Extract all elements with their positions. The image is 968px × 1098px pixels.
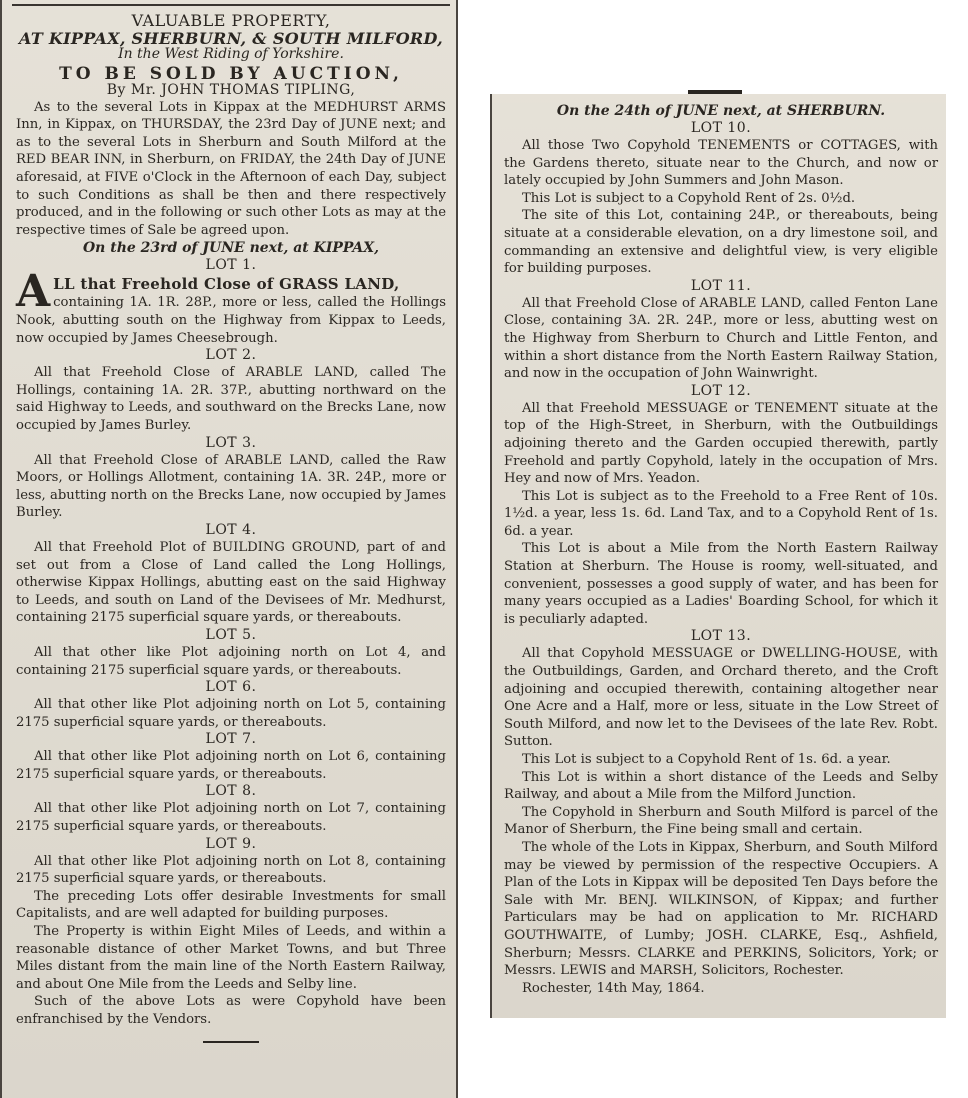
lot-text: All that Freehold MESSUAGE or TENEMENT s… bbox=[504, 400, 938, 488]
lot-1-description: A LL that Freehold Close of GRASS LAND, … bbox=[16, 274, 446, 347]
lot-label: LOT 11. bbox=[504, 278, 938, 295]
lot-list-kippax: LOT 2. All that Freehold Close of ARABLE… bbox=[16, 347, 446, 888]
lot-text: All that Freehold Plot of BUILDING GROUN… bbox=[16, 539, 446, 627]
lot-text: This Lot is subject to a Copyhold Rent o… bbox=[504, 751, 938, 769]
lot-label: LOT 1. bbox=[16, 257, 446, 274]
closing-paragraph: The Property is within Eight Miles of Le… bbox=[16, 923, 446, 993]
lot-1-text: containing 1A. 1R. 28P., more or less, c… bbox=[16, 294, 446, 347]
lot-text: All that other like Plot adjoining north… bbox=[16, 748, 446, 783]
newspaper-clipping-right: On the 24th of JUNE next, at SHERBURN. L… bbox=[490, 94, 946, 1018]
lot-label: LOT 5. bbox=[16, 627, 446, 644]
lot-text: All that other like Plot adjoining north… bbox=[16, 800, 446, 835]
closing-paragraph: The Copyhold in Sherburn and South Milfo… bbox=[504, 804, 938, 839]
lot-text: All that Copyhold MESSUAGE or DWELLING-H… bbox=[504, 645, 938, 751]
lot-label: LOT 6. bbox=[16, 679, 446, 696]
lot-label: LOT 8. bbox=[16, 783, 446, 800]
newspaper-clipping-left: VALUABLE PROPERTY, AT KIPPAX, SHERBURN, … bbox=[0, 0, 458, 1098]
lot-text: This Lot is subject to a Copyhold Rent o… bbox=[504, 190, 938, 208]
top-rule bbox=[12, 4, 450, 6]
lot-text: All that Freehold Close of ARABLE LAND, … bbox=[16, 364, 446, 434]
lot-label: LOT 10. bbox=[504, 120, 938, 137]
auctioneer-name: By Mr. JOHN THOMAS TIPLING, bbox=[16, 83, 446, 98]
top-rule bbox=[688, 90, 742, 94]
lot-label: LOT 9. bbox=[16, 836, 446, 853]
advert-region: In the West Riding of Yorkshire. bbox=[16, 47, 446, 62]
lot-text: All that other like Plot adjoining north… bbox=[16, 644, 446, 679]
closing-paragraph: The preceding Lots offer desirable Inves… bbox=[16, 888, 446, 923]
lot-label: LOT 4. bbox=[16, 522, 446, 539]
lot-label: LOT 13. bbox=[504, 628, 938, 645]
lot-text: This Lot is within a short distance of t… bbox=[504, 769, 938, 804]
lot-text: All that other like Plot adjoining north… bbox=[16, 696, 446, 731]
lot-text: All that Freehold Close of ARABLE LAND, … bbox=[504, 295, 938, 383]
session-heading-kippax: On the 23rd of JUNE next, at KIPPAX, bbox=[16, 239, 446, 257]
lot-text: This Lot is about a Mile from the North … bbox=[504, 540, 938, 628]
sale-notice: TO BE SOLD BY AUCTION, bbox=[16, 65, 446, 84]
lot-label: LOT 12. bbox=[504, 383, 938, 400]
lot-label: LOT 7. bbox=[16, 731, 446, 748]
drop-cap: A bbox=[16, 274, 50, 310]
lot-label: LOT 2. bbox=[16, 347, 446, 364]
lot-text: All that Freehold Close of ARABLE LAND, … bbox=[16, 452, 446, 522]
closing-paragraph: The whole of the Lots in Kippax, Sherbur… bbox=[504, 839, 938, 980]
lot-text: All those Two Copyhold TENEMENTS or COTT… bbox=[504, 137, 938, 190]
advert-locations: AT KIPPAX, SHERBURN, & SOUTH MILFORD, bbox=[16, 30, 446, 48]
end-rule bbox=[203, 1041, 259, 1043]
dateline: Rochester, 14th May, 1864. bbox=[504, 980, 938, 998]
intro-paragraph: As to the several Lots in Kippax at the … bbox=[16, 99, 446, 240]
lot-text: This Lot is subject as to the Freehold t… bbox=[504, 488, 938, 541]
closing-paragraph: Such of the above Lots as were Copyhold … bbox=[16, 993, 446, 1028]
session-heading-sherburn: On the 24th of JUNE next, at SHERBURN. bbox=[504, 102, 938, 120]
lot-text: The site of this Lot, containing 24P., o… bbox=[504, 207, 938, 277]
lot-text: All that other like Plot adjoining north… bbox=[16, 853, 446, 888]
lot-1-lead: LL that Freehold Close of GRASS LAND, bbox=[16, 274, 446, 294]
advert-title: VALUABLE PROPERTY, bbox=[16, 12, 446, 30]
lot-label: LOT 3. bbox=[16, 435, 446, 452]
